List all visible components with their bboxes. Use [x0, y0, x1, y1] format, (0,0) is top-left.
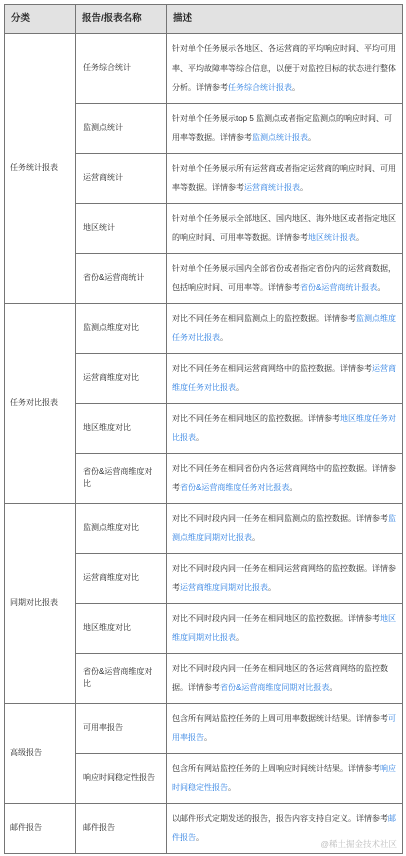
report-name-cell: 邮件报告 [76, 803, 167, 853]
report-desc-cell: 包含所有网站监控任务的上周可用率数据统计结果。详情参考可用率报告。 [167, 703, 403, 753]
watermark: @稀土掘金技术社区 [320, 839, 397, 849]
category-cell: 高级报告 [5, 703, 76, 803]
report-name-cell: 省份&运营商统计 [76, 253, 167, 303]
desc-text: 。 [236, 633, 244, 642]
report-link[interactable]: 监测点统计报表 [252, 133, 308, 142]
desc-text: 对比不同时段内同一任务在相同监测点的监控数据。详情参考 [172, 514, 388, 523]
table-header-row: 分类 报告/报表名称 描述 [5, 5, 403, 34]
desc-text: 包含所有网站监控任务的上周响应时间统计结果。详情参考 [172, 764, 380, 773]
report-desc-cell: 对比不同任务在相同省份内各运营商网络中的监控数据。详情参考省份&运营商维度任务对… [167, 453, 403, 503]
report-desc-cell: 对比不同时段内同一任务在相同地区的各运营商网络的监控数据。详情参考省份&运营商维… [167, 653, 403, 703]
desc-text: 。 [252, 533, 260, 542]
desc-text: 。 [220, 333, 228, 342]
desc-text: 以邮件形式定期发送的报告，报告内容支持自定义。详情参考 [172, 814, 388, 823]
desc-text: 包含所有网站监控任务的上周可用率数据统计结果。详情参考 [172, 714, 388, 723]
category-cell: 任务对比报表 [5, 303, 76, 503]
report-name-cell: 响应时间稳定性报告 [76, 753, 167, 803]
report-link[interactable]: 任务综合统计报表 [228, 83, 292, 92]
report-name-cell: 地区维度对比 [76, 403, 167, 453]
report-desc-cell: 对比不同任务在相同监测点上的监控数据。详情参考监测点维度任务对比报表。 [167, 303, 403, 353]
desc-text: 对比不同任务在相同地区的监控数据。详情参考 [172, 414, 340, 423]
desc-text: 对比不同任务在相同监测点上的监控数据。详情参考 [172, 314, 356, 323]
desc-text: 。 [228, 783, 236, 792]
report-name-cell: 省份&运营商维度对比 [76, 453, 167, 503]
desc-text: 。 [196, 433, 204, 442]
report-name-cell: 省份&运营商维度对比 [76, 653, 167, 703]
report-desc-cell: 针对单个任务展示国内全部省份或者指定省份内的运营商数据，包括响应时间、可用率等。… [167, 253, 403, 303]
report-name-cell: 地区统计 [76, 203, 167, 253]
report-name-cell: 地区维度对比 [76, 603, 167, 653]
report-desc-cell: 对比不同任务在相同运营商网络中的监控数据。详情参考运营商维度任务对比报表。 [167, 353, 403, 403]
report-desc-cell: 针对单个任务展示所有运营商或者指定运营商的响应时间、可用率等数据。详情参考运营商… [167, 153, 403, 203]
col-header-description: 描述 [167, 5, 403, 34]
report-name-cell: 运营商统计 [76, 153, 167, 203]
report-desc-cell: 对比不同时段内同一任务在相同运营商网络的监控数据。详情参考运营商维度同期对比报表… [167, 553, 403, 603]
desc-text: 。 [289, 483, 297, 492]
desc-text: 。 [356, 233, 364, 242]
table-row: 任务统计报表 任务综合统计 针对单个任务展示各地区、各运营商的平均响应时间、平均… [5, 34, 403, 104]
report-link[interactable]: 运营商统计报表 [244, 183, 300, 192]
desc-text: 。 [308, 133, 316, 142]
desc-text: 。 [377, 283, 385, 292]
desc-text: 对比不同任务在相同运营商网络中的监控数据。详情参考 [172, 364, 372, 373]
report-desc-cell: 以邮件形式定期发送的报告，报告内容支持自定义。详情参考邮件报告。@稀土掘金技术社… [167, 803, 403, 853]
desc-text: 对比不同时段内同一任务在相同地区的监控数据。详情参考 [172, 614, 380, 623]
table-row: 邮件报告 邮件报告 以邮件形式定期发送的报告，报告内容支持自定义。详情参考邮件报… [5, 803, 403, 853]
report-name-cell: 任务综合统计 [76, 34, 167, 104]
category-cell: 任务统计报表 [5, 34, 76, 304]
report-desc-cell: 针对单个任务展示各地区、各运营商的平均响应时间、平均可用率、平均故障率等综合信息… [167, 34, 403, 104]
report-desc-cell: 包含所有网站监控任务的上周响应时间统计结果。详情参考响应时间稳定性报告。 [167, 753, 403, 803]
col-header-category: 分类 [5, 5, 76, 34]
desc-text: 。 [204, 733, 212, 742]
desc-text: 。 [292, 83, 300, 92]
reports-table: 分类 报告/报表名称 描述 任务统计报表 任务综合统计 针对单个任务展示各地区、… [4, 4, 403, 854]
report-name-cell: 可用率报告 [76, 703, 167, 753]
table-row: 高级报告 可用率报告 包含所有网站监控任务的上周可用率数据统计结果。详情参考可用… [5, 703, 403, 753]
desc-text: 。 [329, 683, 337, 692]
report-desc-cell: 对比不同时段内同一任务在相同地区的监控数据。详情参考地区维度同期对比报表。 [167, 603, 403, 653]
report-desc-cell: 针对单个任务展示全部地区、国内地区、海外地区或者指定地区的响应时间、可用率等数据… [167, 203, 403, 253]
report-docs-page: 分类 报告/报表名称 描述 任务统计报表 任务综合统计 针对单个任务展示各地区、… [0, 0, 406, 856]
report-link[interactable]: 省份&运营商维度同期对比报表 [220, 683, 329, 692]
desc-text: 。 [300, 183, 308, 192]
desc-text: 。 [196, 833, 204, 842]
report-desc-cell: 对比不同任务在相同地区的监控数据。详情参考地区维度任务对比报表。 [167, 403, 403, 453]
category-cell: 同期对比报表 [5, 503, 76, 703]
report-name-cell: 监测点维度对比 [76, 503, 167, 553]
report-name-cell: 运营商维度对比 [76, 353, 167, 403]
report-desc-cell: 针对单个任务展示top 5 监测点或者指定监测点的响应时间、可用率等数据。详情参… [167, 103, 403, 153]
desc-text: 。 [268, 583, 276, 592]
report-name-cell: 监测点维度对比 [76, 303, 167, 353]
report-link[interactable]: 运营商维度同期对比报表 [180, 583, 268, 592]
col-header-report-name: 报告/报表名称 [76, 5, 167, 34]
table-row: 任务对比报表 监测点维度对比 对比不同任务在相同监测点上的监控数据。详情参考监测… [5, 303, 403, 353]
report-link[interactable]: 地区统计报表 [308, 233, 356, 242]
category-cell: 邮件报告 [5, 803, 76, 853]
report-link[interactable]: 省份&运营商维度任务对比报表 [180, 483, 289, 492]
desc-text: 。 [236, 383, 244, 392]
report-desc-cell: 对比不同时段内同一任务在相同监测点的监控数据。详情参考监测点维度同期对比报表。 [167, 503, 403, 553]
report-name-cell: 运营商维度对比 [76, 553, 167, 603]
report-name-cell: 监测点统计 [76, 103, 167, 153]
table-row: 同期对比报表 监测点维度对比 对比不同时段内同一任务在相同监测点的监控数据。详情… [5, 503, 403, 553]
report-link[interactable]: 省份&运营商统计报表 [300, 283, 377, 292]
